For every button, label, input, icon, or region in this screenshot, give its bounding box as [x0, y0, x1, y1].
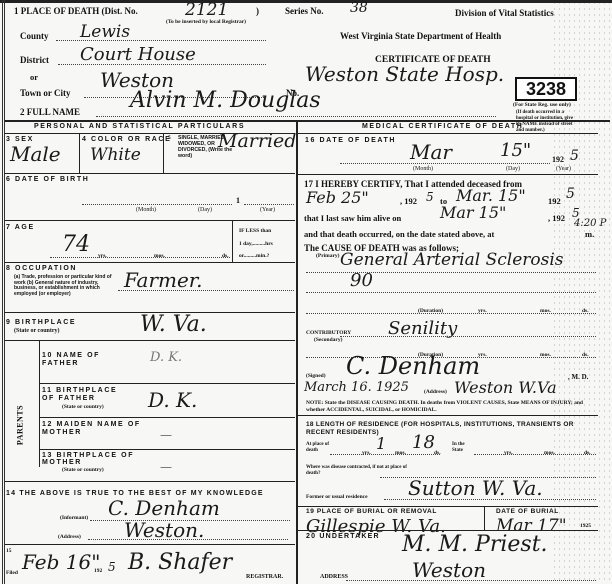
dur2-ds: ds.	[582, 352, 589, 358]
series-label: Series No.	[285, 6, 324, 16]
certificate-number: 3238	[515, 77, 577, 101]
birthplace-note: (State or country)	[14, 328, 60, 334]
informant-address-value: Weston.	[124, 518, 204, 542]
birthplace-value: W. Va.	[140, 312, 207, 337]
address-label: (Address)	[424, 389, 447, 395]
father-name-label: 10 NAME OF FATHER	[42, 352, 102, 368]
death-year: 5	[570, 148, 579, 164]
attended-from: Feb 25"	[306, 188, 369, 207]
md-label: , M. D.	[568, 373, 588, 381]
dob-day-label: (Day)	[198, 207, 212, 213]
informant-address-label: (Address)	[58, 534, 81, 540]
filed-year-prefix: 192	[94, 568, 102, 574]
residence-label: 18 LENGTH OF RESIDENCE (FOR HOSPITALS, I…	[306, 421, 598, 436]
father-birthplace-label: 11 BIRTHPLACE OF FATHER	[42, 387, 132, 403]
or-label: or	[30, 72, 38, 82]
time-suffix: m.	[585, 229, 594, 239]
dur1-mos: mos.	[540, 308, 551, 314]
district-label: District	[20, 55, 49, 65]
county-label: County	[20, 31, 49, 41]
registrar-signature: B. Shafer	[128, 550, 232, 575]
race-label: 4 COLOR OR RACE	[82, 136, 171, 143]
attended-from-year: 5	[426, 190, 434, 204]
birthplace-label: 9 BIRTHPLACE	[6, 319, 76, 326]
place-of-death-label: 1 PLACE OF DEATH (Dist. No.	[14, 6, 138, 16]
dur1-ds: ds.	[582, 308, 589, 314]
cause-primary: General Arterial Sclerosis	[340, 250, 564, 270]
undertaker-address-label: ADDRESS	[320, 574, 348, 580]
dob-label: 6 DATE OF BIRTH	[6, 176, 89, 183]
last-saw-date: Mar 15"	[440, 203, 506, 222]
filed-year: 5	[108, 560, 116, 574]
day-label: (Day)	[506, 166, 520, 172]
res-yrs-label: yrs.	[362, 450, 371, 456]
year-label: (Year)	[556, 166, 571, 172]
month-label: (Month)	[413, 166, 433, 172]
father-name-value: D. K.	[150, 350, 182, 365]
signed-label: (Signed)	[306, 373, 326, 379]
death-month: Mar	[410, 140, 452, 164]
res-mos: 1	[376, 434, 386, 453]
dob-year-prefix: 1	[236, 196, 240, 205]
registrar-label: REGISTRAR.	[246, 574, 283, 580]
state-mos-label: mos.	[544, 450, 555, 456]
informant-label: (Informant)	[60, 515, 88, 521]
in-state-label: In the State	[452, 442, 474, 454]
res-mos-label: mos.	[395, 450, 406, 456]
physician-signature: C. Denham	[346, 352, 480, 380]
mother-name-value: —	[160, 428, 172, 442]
death-certificate: 1 PLACE OF DEATH (Dist. No. 2121 ) (To b…	[0, 0, 612, 584]
last-saw-year-prefix: , 192	[548, 213, 565, 223]
burial-place-label: 19 PLACE OF BURIAL OR REMOVAL	[306, 508, 437, 515]
primary-label: (Primary)	[316, 253, 340, 259]
if-less-label: IF LESS than	[239, 228, 271, 234]
state-yrs-label: yrs.	[504, 450, 513, 456]
attended-to-year: 5	[566, 186, 575, 202]
last-saw-text: that I last saw him alive on	[304, 213, 401, 223]
state-reg-note: (For State Reg. use only)	[513, 102, 571, 108]
marital-value: Married	[218, 130, 296, 152]
former-residence-value: Sutton W. Va.	[408, 476, 543, 500]
department-label: West Virginia State Department of Health	[340, 31, 501, 41]
district-value: Court House	[80, 44, 196, 65]
cause-primary-line2: 90	[350, 270, 373, 291]
dob-month-label: (Month)	[136, 207, 156, 213]
dob-year-label: (Year)	[260, 207, 275, 213]
note-text: NOTE: State the DISEASE CAUSING DEATH. I…	[306, 400, 596, 413]
sex-value: Male	[10, 142, 61, 166]
dist-paren: )	[256, 6, 259, 16]
father-birthplace-note: (State or country)	[62, 404, 104, 410]
occupation-label: 8 OCCUPATION	[6, 265, 77, 272]
time-value: 4:20 P	[574, 218, 606, 229]
column-divider	[296, 120, 298, 584]
county-value: Lewis	[80, 22, 130, 42]
res-ds-label: ds.	[434, 450, 441, 456]
mother-name-label: 12 MAIDEN NAME OF MOTHER	[42, 421, 142, 437]
left-border	[2, 0, 5, 584]
mother-birthplace-value: —	[160, 460, 172, 474]
age-yrs-label: yrs.	[98, 253, 107, 259]
marital-num: 5	[168, 135, 171, 141]
top-border	[0, 0, 612, 3]
burial-date-label: DATE OF BURIAL	[496, 508, 559, 515]
or-min-label: or.........min.?	[239, 253, 269, 259]
attended-from-year-prefix: , 192	[400, 196, 417, 206]
signed-date: March 16. 1925	[304, 380, 409, 395]
full-name-label: 2 FULL NAME	[20, 107, 80, 117]
burial-year: 1925	[580, 523, 591, 529]
medical-section-title: MEDICAL CERTIFICATE OF DEATH	[362, 123, 523, 130]
parents-label: PARENTS	[8, 380, 32, 470]
death-year-prefix: 192	[552, 155, 564, 164]
one-day-label: 1 day,.........hrs	[239, 241, 273, 247]
series-no: 38	[350, 0, 368, 16]
filed-num: 15	[6, 548, 12, 554]
hospital-note: (If death occurred in a hospital or inst…	[516, 110, 576, 134]
occurred-text: and that death occurred, on the date sta…	[304, 229, 494, 239]
race-value: White	[90, 145, 141, 165]
mother-birthplace-note: (State or country)	[62, 467, 104, 473]
father-birthplace-value: D. K.	[148, 388, 197, 412]
res-ds: 18	[412, 432, 435, 453]
contracted-label: Where was disease contracted, if not at …	[306, 465, 416, 477]
secondary-label: (Secondary)	[314, 337, 342, 343]
filed-date: Feb 16"	[22, 550, 100, 574]
dur1-yrs: yrs.	[478, 308, 487, 314]
undertaker-address-value: Weston	[412, 558, 486, 582]
at-place-label: At place of death	[306, 442, 334, 454]
filed-label: Filed	[6, 570, 18, 576]
mother-birthplace-label: 13 BIRTHPLACE OF MOTHER	[42, 452, 142, 466]
age-label: 7 AGE	[6, 224, 35, 231]
state-ds-label: ds.	[584, 450, 591, 456]
occupation-note: (a) Trade, profession or particular kind…	[14, 275, 118, 297]
occupation-value: Farmer.	[124, 268, 203, 292]
town-label: Town or City	[20, 88, 71, 98]
age-ds-label: ds.	[222, 253, 229, 259]
full-name-value: Alvin M. Douglas	[130, 88, 321, 113]
former-residence-label: Former or usual residence	[306, 494, 368, 500]
institution-value: Weston State Hosp.	[305, 62, 504, 86]
dur2-mos: mos.	[540, 352, 551, 358]
dist-no: 2121	[185, 0, 228, 20]
age-value: 74	[62, 232, 90, 257]
physician-address: Weston W.Va	[454, 378, 557, 397]
age-mos-label: mos.	[154, 253, 165, 259]
attended-to-year-prefix: 192	[548, 196, 561, 206]
division-label: Division of Vital Statistics	[455, 8, 554, 18]
undertaker-value: M. M. Priest.	[402, 532, 548, 557]
death-day: 15"	[500, 140, 531, 161]
personal-section-title: PERSONAL AND STATISTICAL PARTICULARS	[34, 123, 245, 130]
dist-note: (To be inserted by local Registrar)	[166, 19, 246, 25]
informant-value: C. Denham	[108, 496, 220, 520]
undertaker-label: 20 UNDERTAKER	[306, 533, 380, 540]
date-of-death-label: 16 DATE OF DEATH	[305, 137, 396, 144]
